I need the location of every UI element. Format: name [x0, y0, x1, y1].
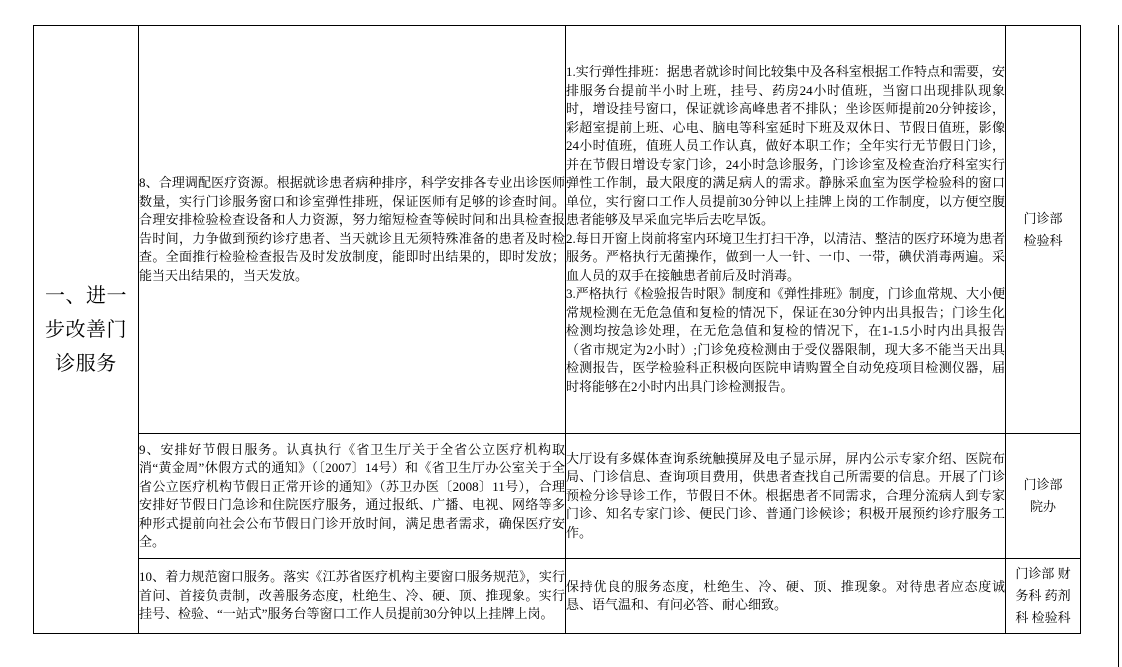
plan-table: 一、进一步改善门诊服务 8、合理调配医疗资源。根据就诊患者病种排序，科学安排各专… [33, 25, 1081, 634]
responsible-dept: 务科 药剂 [1006, 585, 1080, 607]
measure-paragraph-3: 3.严格执行《检验报告时限》制度和《弹性排班》制度，门诊血常规、大小便常规检测在… [566, 285, 1005, 396]
responsibility-cell-item-10: 门诊部 财 务科 药剂 科 检验科 [1006, 559, 1081, 634]
category-cell: 一、进一步改善门诊服务 [34, 26, 139, 634]
responsible-dept: 门诊部 财 [1006, 563, 1080, 585]
responsible-dept: 检验科 [1006, 230, 1080, 252]
responsible-dept: 门诊部 [1006, 474, 1080, 496]
responsibility-cell-item-9: 门诊部 院办 [1006, 434, 1081, 559]
responsible-dept: 门诊部 [1006, 208, 1080, 230]
measure-paragraph-1: 1.实行弹性排班：据患者就诊时间比较集中及各科室根据工作特点和需要，安排服务台提… [566, 63, 1005, 230]
responsible-dept: 院办 [1006, 496, 1080, 518]
measure-paragraph: 大厅设有多媒体查询系统触摸屏及电子显示屏，屏内公示专家介绍、医院布局、门诊信息、… [566, 450, 1005, 543]
task-cell-item-8: 8、合理调配医疗资源。根据就诊患者病种排序，科学安排各专业出诊医师数量，实行门诊… [139, 26, 566, 434]
measures-cell-item-8: 1.实行弹性排班：据患者就诊时间比较集中及各科室根据工作特点和需要，安排服务台提… [566, 26, 1006, 434]
table-row-item-8: 一、进一步改善门诊服务 8、合理调配医疗资源。根据就诊患者病种排序，科学安排各专… [34, 26, 1081, 434]
task-text-item-8: 8、合理调配医疗资源。根据就诊患者病种排序，科学安排各专业出诊医师数量，实行门诊… [139, 174, 565, 285]
table-row-item-10: 10、着力规范窗口服务。落实《江苏省医疗机构主要窗口服务规范》，实行首问、首接负… [34, 559, 1081, 634]
table-row-item-9: 9、安排好节假日服务。认真执行《省卫生厅关于全省公立医疗机构取消“黄金周”休假方… [34, 434, 1081, 559]
category-label: 一、进一步改善门诊服务 [36, 279, 136, 381]
task-text-item-10: 10、着力规范窗口服务。落实《江苏省医疗机构主要窗口服务规范》，实行首问、首接负… [139, 568, 565, 624]
document-page: 一、进一步改善门诊服务 8、合理调配医疗资源。根据就诊患者病种排序，科学安排各专… [0, 0, 1122, 667]
task-cell-item-9: 9、安排好节假日服务。认真执行《省卫生厅关于全省公立医疗机构取消“黄金周”休假方… [139, 434, 566, 559]
responsible-dept: 科 检验科 [1006, 607, 1080, 629]
measure-paragraph-2: 2.每日开窗上岗前将室内环境卫生打扫干净，以清洁、整洁的医疗环境为患者服务。严格… [566, 230, 1005, 286]
measures-cell-item-10: 保持优良的服务态度，杜绝生、冷、硬、顶、推现象。对待患者应态度诚恳、语气温和、有… [566, 559, 1006, 634]
measures-cell-item-9: 大厅设有多媒体查询系统触摸屏及电子显示屏，屏内公示专家介绍、医院布局、门诊信息、… [566, 434, 1006, 559]
responsibility-cell-item-8: 门诊部 检验科 [1006, 26, 1081, 434]
measure-paragraph: 保持优良的服务态度，杜绝生、冷、硬、顶、推现象。对待患者应态度诚恳、语气温和、有… [566, 578, 1005, 615]
task-text-item-9: 9、安排好节假日服务。认真执行《省卫生厅关于全省公立医疗机构取消“黄金周”休假方… [139, 441, 565, 552]
cropped-adjacent-column-border [1118, 25, 1119, 667]
task-cell-item-10: 10、着力规范窗口服务。落实《江苏省医疗机构主要窗口服务规范》，实行首问、首接负… [139, 559, 566, 634]
outpatient-service-table: 一、进一步改善门诊服务 8、合理调配医疗资源。根据就诊患者病种排序，科学安排各专… [33, 25, 1081, 634]
